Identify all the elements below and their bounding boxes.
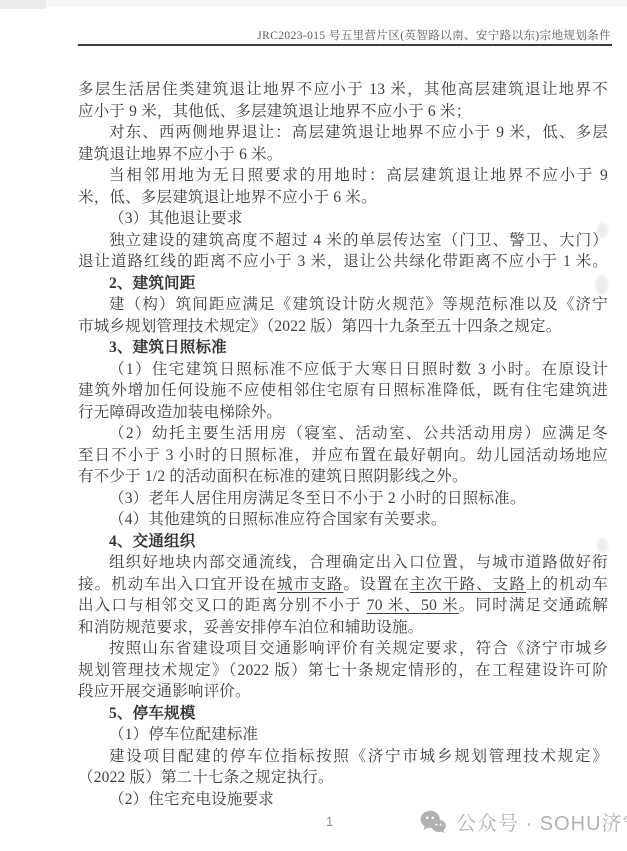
text-line: 建筑退让地界不应小于 6 米。 [78, 144, 608, 166]
text-line: 有不少于 1/2 的活动面积在标准的建筑日照阴影线之外。 [78, 466, 608, 488]
text-line: 接。机动车出入口宜开设在城市支路。设置在主次干路、支路上的机动车 [78, 574, 608, 596]
section-heading-line: 3、建筑日照标准 [78, 337, 608, 359]
text-line: 建（构）筑间距应满足《建筑设计防火规范》等规范标准以及《济宁 [78, 294, 608, 316]
text-segment: 。设置在 [343, 576, 409, 593]
section-heading-line: 5、停车规模 [78, 703, 608, 725]
text-line: 行无障碍改造加装电梯除外。 [78, 402, 608, 424]
text-line: 出入口与相邻交叉口的距离分别不小于 70 米、50 米。同时满足交通疏解 [78, 595, 608, 617]
text-line: 应小于 9 米，其他低、多层建筑退让地界不应小于 6 米； [78, 101, 608, 123]
text-line: 段应开展交通影响评价。 [78, 681, 608, 703]
text-line: 米，低、多层建筑退让地界不应小于 6 米。 [78, 187, 608, 209]
document-body: 多层生活居住类建筑退让地界不应小于 13 米，其他高层建筑退让地界不应小于 9 … [78, 79, 608, 810]
text-line: 规划管理技术规定》（2022 版）第七十条规定情形的，在工程建设许可阶 [78, 660, 608, 682]
text-line: 当相邻用地为无日照要求的用地时：高层建筑退让地界不应小于 9 [78, 165, 608, 187]
text-line: （4）其他建筑的日照标准应符合国家有关要求。 [78, 509, 608, 531]
text-segment: 。同时满足交通疏解 [459, 597, 608, 614]
text-line: 多层生活居住类建筑退让地界不应小于 13 米，其他高层建筑退让地界不 [78, 79, 608, 101]
text-segment: 出入口与相邻交叉口的距离分别不小于 [78, 597, 367, 614]
section-heading-line: 2、建筑间距 [78, 273, 608, 295]
scan-smudge-artifact [597, 538, 608, 553]
document-reference-header: JRC2023-015 号五里营片区(英智路以南、安宁路以东)宗地规划条件 [257, 27, 611, 43]
text-line: 建设项目配建的停车位指标按照《济宁市城乡规划管理技术规定》 [78, 746, 608, 768]
wechat-icon [419, 808, 447, 836]
underlined-text: 主次干路、支路 [410, 576, 526, 593]
text-line: 组织好地块内部交通流线，合理确定出入口位置，与城市道路做好衔 [78, 552, 608, 574]
watermark: 公众号 · SOHU济宁 [419, 807, 627, 836]
header-divider [78, 44, 612, 46]
watermark-label: 公众号 · SOHU济宁 [456, 807, 627, 836]
underlined-text: 70 米、50 米 [367, 597, 459, 614]
page-number: 1 [326, 814, 333, 829]
scan-edge-artifact [0, 0, 46, 9]
section-heading-line: 4、交通组织 [78, 531, 608, 553]
text-line: 按照山东省建设项目交通影响评价有关规定要求，符合《济宁市城乡 [78, 638, 608, 660]
text-line: 至日不小于 3 小时的日照标准，并应布置在最好朝向。幼儿园活动场地应 [78, 445, 608, 467]
text-line: 退让道路红线的距离不应小于 3 米，退让公共绿化带距离不应小于 1 米。 [78, 251, 608, 273]
text-line: 对东、西两侧地界退让：高层建筑退让地界不应小于 9 米，低、多层 [78, 122, 608, 144]
text-line: （3）其他退让要求 [78, 208, 608, 230]
text-segment: 接。机动车出入口宜开设在 [78, 576, 277, 593]
scan-smudge-artifact [595, 275, 608, 295]
text-line: （1）住宅建筑日照标准不应低于大寒日日照时数 3 小时。在原设计 [78, 359, 608, 381]
text-line: （2022 版）第二十七条之规定执行。 [78, 767, 608, 789]
text-line: 市城乡规划管理技术规定》（2022 版）第四十九条至五十四条之规定。 [78, 316, 608, 338]
text-line: （3）老年人居住用房满足冬至日不小于 2 小时的日照标准。 [78, 488, 608, 510]
scanned-document-page: JRC2023-015 号五里营片区(英智路以南、安宁路以东)宗地规划条件 多层… [0, 0, 627, 851]
text-line: （1）停车位配建标准 [78, 724, 608, 746]
text-segment: 上的机动车 [526, 576, 608, 593]
text-line: 建筑外增加任何设施不应使相邻住宅原有日照标准降低，既有住宅建筑进 [78, 380, 608, 402]
text-line: 独立建设的建筑高度不超过 4 米的单层传达室（门卫、警卫、大门） [78, 230, 608, 252]
text-line: （2）幼托主要生活用房（寝室、活动室、公共活动用房）应满足冬 [78, 423, 608, 445]
scan-edge-artifact [0, 0, 627, 7]
underlined-text: 城市支路 [277, 576, 343, 593]
text-line: 和消防规范要求，妥善安排停车泊位和辅助设施。 [78, 617, 608, 639]
scan-smudge-artifact [597, 222, 608, 238]
